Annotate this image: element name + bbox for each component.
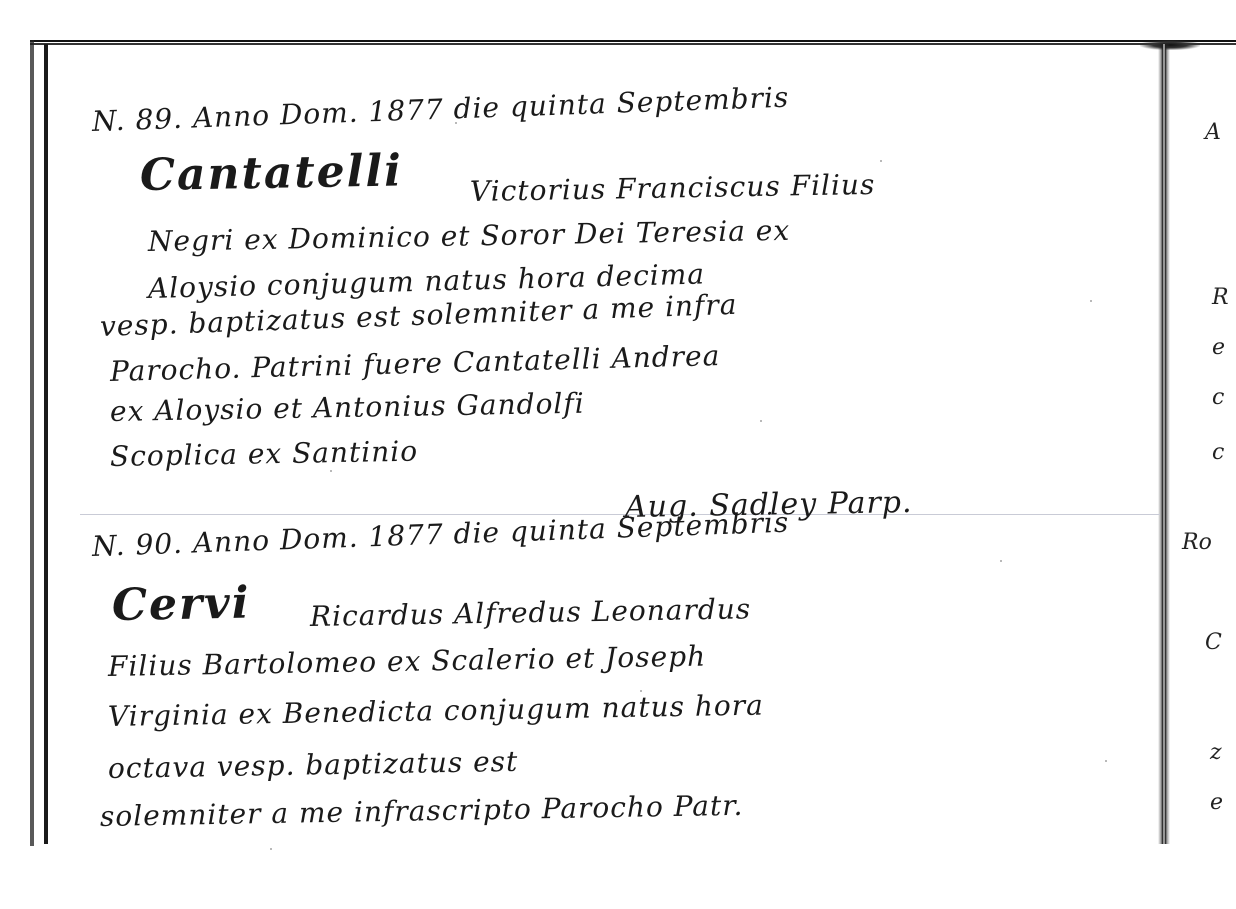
entry-1-line-5: Parocho. Patrini fuere Cantatelli Andrea <box>110 339 721 388</box>
entry-1-line-1: Victorius Franciscus Filius <box>470 168 876 208</box>
page-left-border-inner <box>44 44 48 844</box>
scan-speck <box>1105 760 1107 762</box>
entry-1-line-7: Scoplica ex Santinio <box>110 435 419 473</box>
entry-2-line-2: Filius Bartolomeo ex Scalerio et Joseph <box>108 640 707 683</box>
entry-2-line-5: solemniter a me infrascripto Parocho Pat… <box>100 789 744 833</box>
entry-2-line-4: octava vesp. baptizatus est <box>108 745 519 785</box>
page-top-border <box>30 40 1236 45</box>
scan-speck <box>1090 300 1092 302</box>
margin-fragment: A <box>1205 120 1221 145</box>
margin-fragment: C <box>1205 630 1222 655</box>
scan-speck <box>640 690 642 692</box>
margin-fragment: R <box>1212 285 1229 310</box>
gutter-top-shadow <box>1140 40 1200 50</box>
scan-speck <box>330 470 332 472</box>
margin-fragment: c <box>1212 385 1224 410</box>
book-gutter <box>1158 44 1170 844</box>
margin-fragment: e <box>1212 335 1225 360</box>
entry-2-line-1: Ricardus Alfredus Leonardus <box>310 592 752 633</box>
margin-fragment: e <box>1210 790 1223 815</box>
entry-1-line-6: ex Aloysio et Antonius Gandolfi <box>110 387 585 428</box>
margin-fragment: Ro <box>1182 530 1212 555</box>
page-left-border-outer <box>30 40 34 846</box>
entry-2-line-3: Virginia ex Benedicta conjugum natus hor… <box>108 689 764 733</box>
margin-fragment: z <box>1210 740 1222 765</box>
entry-1-header: N. 89. Anno Dom. 1877 die quinta Septemb… <box>91 81 789 138</box>
scan-speck <box>455 122 457 124</box>
scan-speck <box>880 160 882 162</box>
scan-speck <box>1000 560 1002 562</box>
scan-speck <box>760 420 762 422</box>
entry-1-line-2: Negri ex Dominico et Soror Dei Teresia e… <box>148 214 791 258</box>
scan-speck <box>270 848 272 850</box>
margin-fragment: c <box>1212 440 1224 465</box>
entry-1-surname: Cantatelli <box>140 145 404 201</box>
scanned-register-page: N. 89. Anno Dom. 1877 die quinta Septemb… <box>0 0 1236 909</box>
entry-2-surname: Cervi <box>112 578 251 631</box>
